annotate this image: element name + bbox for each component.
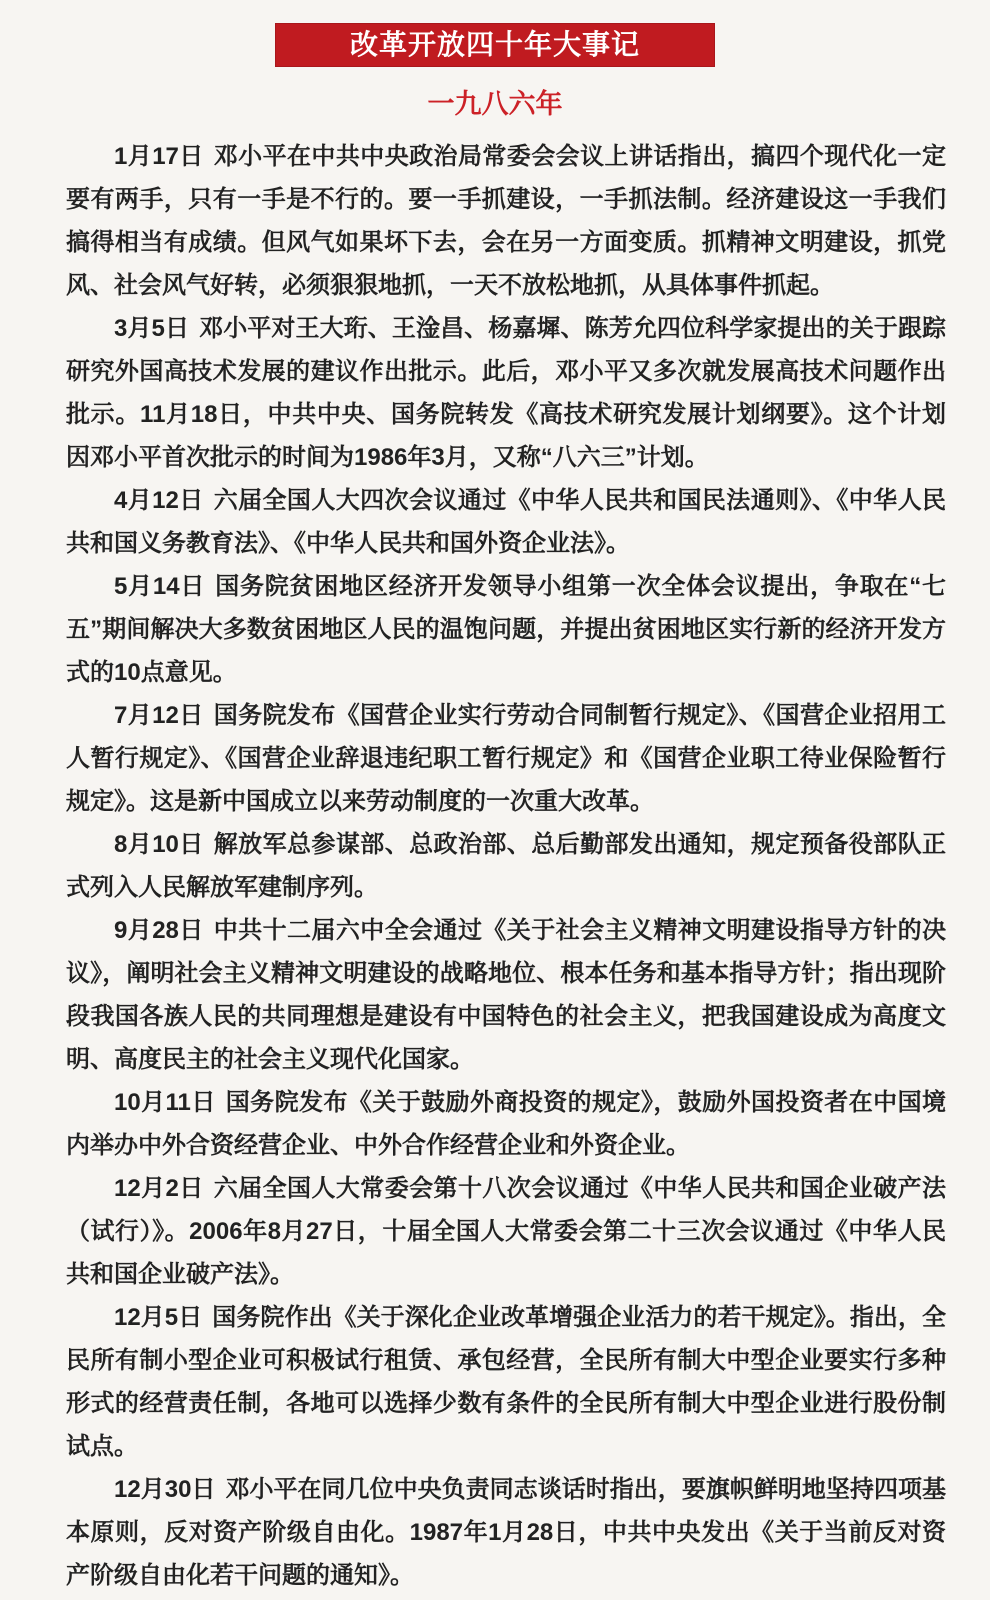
- event-text: 邓小平对王大珩、王淦昌、杨嘉墀、陈芳允四位科学家提出的关于跟踪研究外国高技术发展…: [66, 315, 946, 471]
- events-list: 1月17日邓小平在中共中央政治局常委会会议上讲话指出，搞四个现代化一定要有两手，…: [66, 135, 946, 1597]
- event-date: 8月10日: [114, 831, 204, 858]
- event-paragraph: 7月12日国务院发布《国营企业实行劳动合同制暂行规定》、《国营企业招用工人暂行规…: [66, 694, 946, 823]
- event-paragraph: 12月2日六届全国人大常委会第十八次会议通过《中华人民共和国企业破产法（试行）》…: [66, 1167, 946, 1296]
- event-date: 3月5日: [114, 315, 189, 342]
- event-date: 5月14日: [114, 573, 205, 600]
- event-paragraph: 10月11日国务院发布《关于鼓励外商投资的规定》，鼓励外国投资者在中国境内举办中…: [66, 1081, 946, 1167]
- year-subtitle: 一九八六年: [0, 89, 990, 119]
- event-paragraph: 9月28日中共十二届六中全会通过《关于社会主义精神文明建设指导方针的决议》，阐明…: [66, 909, 946, 1081]
- event-date: 1月17日: [114, 143, 204, 170]
- event-paragraph: 3月5日邓小平对王大珩、王淦昌、杨嘉墀、陈芳允四位科学家提出的关于跟踪研究外国高…: [66, 307, 946, 479]
- event-paragraph: 1月17日邓小平在中共中央政治局常委会会议上讲话指出，搞四个现代化一定要有两手，…: [66, 135, 946, 307]
- event-date: 12月30日: [114, 1476, 215, 1503]
- event-date: 12月5日: [114, 1304, 202, 1331]
- event-paragraph: 12月30日邓小平在同几位中央负责同志谈话时指出，要旗帜鲜明地坚持四项基本原则，…: [66, 1468, 946, 1597]
- event-paragraph: 12月5日国务院作出《关于深化企业改革增强企业活力的若干规定》。指出，全民所有制…: [66, 1296, 946, 1468]
- event-date: 12月2日: [114, 1175, 204, 1202]
- event-paragraph: 8月10日解放军总参谋部、总政治部、总后勤部发出通知，规定预备役部队正式列入人民…: [66, 823, 946, 909]
- event-date: 9月28日: [114, 917, 204, 944]
- event-paragraph: 5月14日国务院贫困地区经济开发领导小组第一次全体会议提出，争取在“七五”期间解…: [66, 565, 946, 694]
- event-date: 7月12日: [114, 702, 204, 729]
- event-date: 10月11日: [114, 1089, 216, 1116]
- title-banner: 改革开放四十年大事记: [275, 23, 715, 67]
- event-date: 4月12日: [114, 487, 204, 514]
- page-title: 改革开放四十年大事记: [350, 31, 640, 59]
- event-paragraph: 4月12日六届全国人大四次会议通过《中华人民共和国民法通则》、《中华人民共和国义…: [66, 479, 946, 565]
